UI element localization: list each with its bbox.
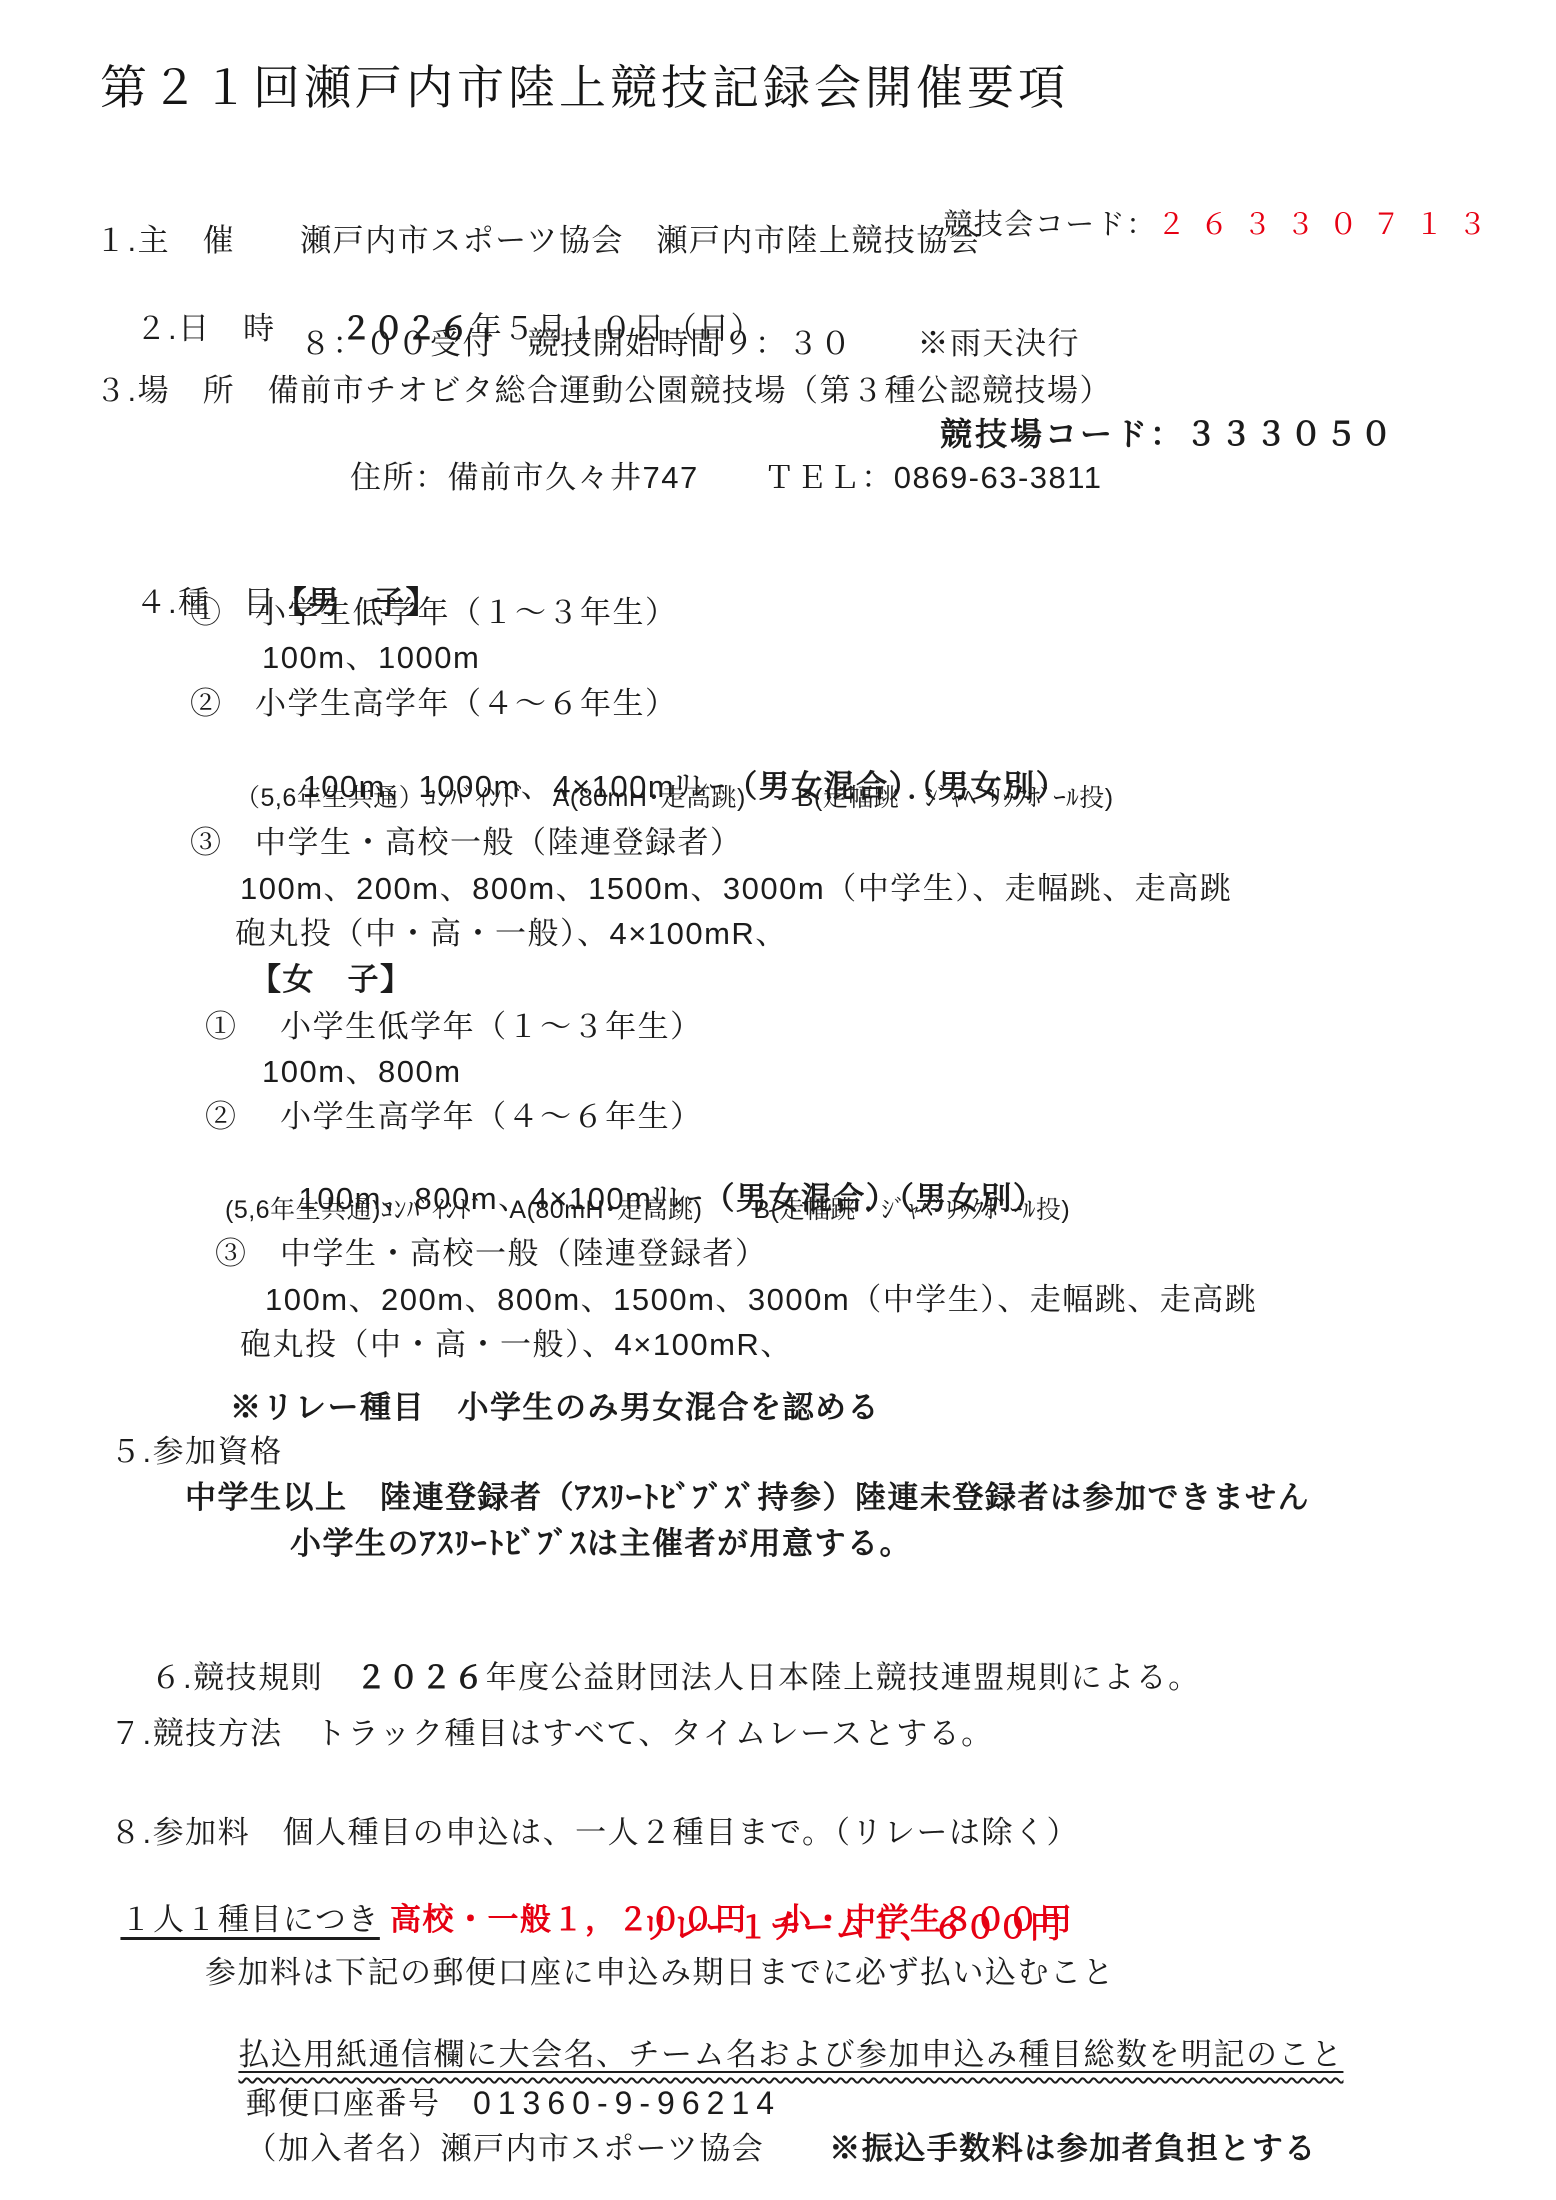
account-holder: （加入者名）瀬戸内市スポーツ協会 <box>245 2131 829 2166</box>
meet-code-value: ２６３３０７１３ <box>1157 209 1501 241</box>
girls-group3-line: ③ 中学生・高校一般（陸連登録者） <box>215 1235 768 1272</box>
girls-combined-line: (5,6年生共通)ｺﾝﾊﾞｲﾝﾄﾞ A(80mH･走高跳) B(走幅跳・ｼﾞｬﾍ… <box>225 1195 1070 1225</box>
meet-code-line: 競技会コード：２６３３０７１３ <box>905 173 1501 277</box>
boys-combined-line: （5,6年生共通）ｺﾝﾊﾞｲﾝﾄﾞ A(80mH･走高跳) B(走幅跳・ｼﾞｬﾍ… <box>235 783 1114 813</box>
method-line: ７.競技方法 トラック種目はすべて、タイムレースとする。 <box>110 1715 994 1752</box>
eligibility-line2: 小学生のｱｽﾘｰﾄﾋﾞﾌﾞｽは主催者が用意する。 <box>290 1525 912 1562</box>
rules-prefix: ６.競技規則 <box>150 1660 355 1695</box>
payment-note1-line: 参加料は下記の郵便口座に申込み期日までに必ず払い込むこと <box>205 1954 1115 1991</box>
stadium-code-line: 競技場コード：３３３０５０ <box>940 415 1395 453</box>
girls-group2-line: ② 小学生高学年（４～６年生） <box>205 1098 703 1135</box>
address-line: 住所：備前市久々井747 ＴＥＬ：0869-63-3811 <box>350 459 1102 496</box>
relay-note-line: ※リレー種目 小学生のみ男女混合を認める <box>230 1389 880 1426</box>
rules-year: ２０２６ <box>356 1660 486 1695</box>
rules-rest: 年度公益財団法人日本陸上競技連盟規則による。 <box>486 1660 1201 1695</box>
eligibility-header: ５.参加資格 <box>110 1433 283 1470</box>
schedule-line: ８：００受付 競技開始時間９：３０ ※雨天決行 <box>300 325 1080 362</box>
fees-per-event-label: １人１種目につき <box>120 1902 379 1937</box>
page-title: 第２１回瀬戸内市陸上競技記録会開催要項 <box>100 60 1069 116</box>
boys-group3-line: ③ 中学生・高校一般（陸連登録者） <box>190 824 743 861</box>
boys-group3-events2: 砲丸投（中・高・一般）、4×100mR、 <box>235 915 788 952</box>
girls-group1-line: ① 小学生低学年（１～３年生） <box>205 1008 703 1045</box>
transfer-fee-note: ※振込手数料は参加者負担とする <box>829 2131 1317 2166</box>
boys-group2-line: ② 小学生高学年（４～６年生） <box>190 685 678 722</box>
boys-group1-line: ① 小学生低学年（１～３年生） <box>190 594 678 631</box>
eligibility-line1: 中学生以上 陸連登録者（ｱｽﾘｰﾄﾋﾞﾌﾞｽﾞ持参）陸連未登録者は参加できません <box>185 1479 1310 1516</box>
boys-group3-events: 100m、200m、800m、1500m、3000m（中学生）、走幅跳、走高跳 <box>240 870 1232 907</box>
boys-group1-events: 100m、1000m <box>262 639 480 676</box>
girls-header: 【女 子】 <box>250 961 413 998</box>
venue-line: ３.場 所 備前市チオビタ総合運動公園競技場（第３種公認競技場） <box>95 372 1112 409</box>
girls-group1-events: 100m、800m <box>262 1053 462 1090</box>
fees-header-line: ８.参加料 個人種目の申込は、一人２種目まで。（リレーは除く） <box>110 1814 1079 1851</box>
document-page: 第２１回瀬戸内市陸上競技記録会開催要項 競技会コード：２６３３０７１３ １.主 … <box>0 0 1556 2200</box>
host-line: １.主 催 瀬戸内市スポーツ協会 瀬戸内市陸上競技協会 <box>95 222 981 259</box>
girls-group3-events: 100m、200m、800m、1500m、3000m（中学生）、走幅跳、走高跳 <box>265 1281 1257 1318</box>
account-holder-line: （加入者名）瀬戸内市スポーツ協会 ※振込手数料は参加者負担とする <box>205 2093 1317 2200</box>
girls-group3-events2: 砲丸投（中・高・一般）、4×100mR、 <box>240 1326 793 1363</box>
fees-relay-line: リレー１チーム１、６００円 <box>640 1909 1063 1946</box>
